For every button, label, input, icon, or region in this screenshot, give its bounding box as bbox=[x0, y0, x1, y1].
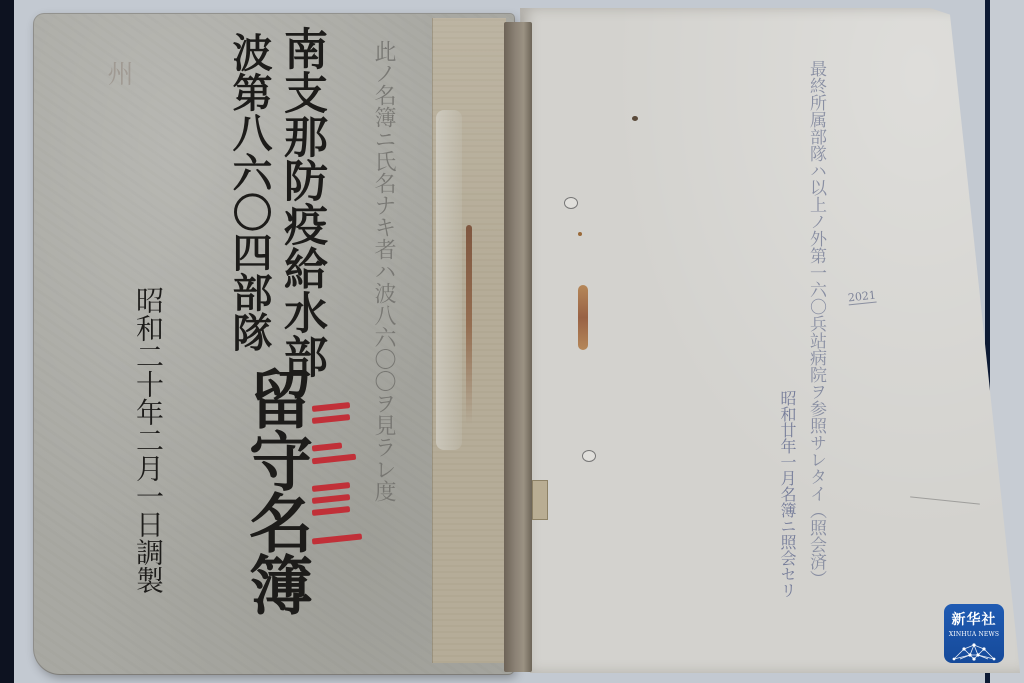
red-mark-two bbox=[312, 404, 372, 422]
spine-binding bbox=[504, 22, 532, 672]
logo-english-name: XINHUA NEWS bbox=[944, 631, 1004, 638]
red-tally-marks bbox=[312, 398, 372, 564]
right-page bbox=[520, 8, 1020, 673]
cover-date: 昭和二十年二月一日調製 bbox=[132, 286, 164, 594]
rust-stain-right bbox=[578, 285, 588, 350]
spine-tab bbox=[532, 480, 548, 520]
ink-dot bbox=[632, 116, 638, 121]
logo-chinese-name: 新华社 bbox=[944, 609, 1004, 629]
red-mark-one bbox=[312, 536, 372, 542]
photo-scene: 州 南支那防疫給水部 波第八六〇四部隊 留守名簿 昭和二十年二月一日調製 此ノ名… bbox=[0, 0, 1024, 683]
binding-hole bbox=[582, 450, 596, 462]
faint-cover-marks: 州 bbox=[100, 60, 137, 86]
binding-hole bbox=[564, 197, 578, 209]
spine-pencil-note: 此ノ名簿ニ氏名ナキ者ハ波八六〇〇ヲ見ラレ度 bbox=[370, 40, 396, 502]
spine-worn-area bbox=[436, 110, 462, 450]
spine-rust-stain bbox=[466, 225, 472, 425]
ink-dot bbox=[578, 232, 582, 236]
network-globe-icon bbox=[950, 641, 998, 661]
xinhua-news-logo: 新华社 XINHUA NEWS bbox=[944, 604, 1004, 663]
red-mark-work bbox=[312, 444, 372, 462]
page-pencil-side-note: 昭和廿年一月名簿ニ照会セリ bbox=[778, 390, 797, 598]
cover-main-title: 留守名簿 bbox=[240, 366, 310, 614]
red-mark-three bbox=[312, 484, 372, 514]
cover-title-line-2: 波第八六〇四部隊 bbox=[226, 32, 272, 352]
page-pencil-note: 最終所属部隊ハ以上ノ外第一六〇兵站病院ヲ参照サレタイ（照会済） bbox=[806, 60, 826, 587]
cover-title-line-1: 南支那防疫給水部 bbox=[276, 26, 326, 378]
page-pencil-number: 2021 bbox=[847, 289, 876, 306]
